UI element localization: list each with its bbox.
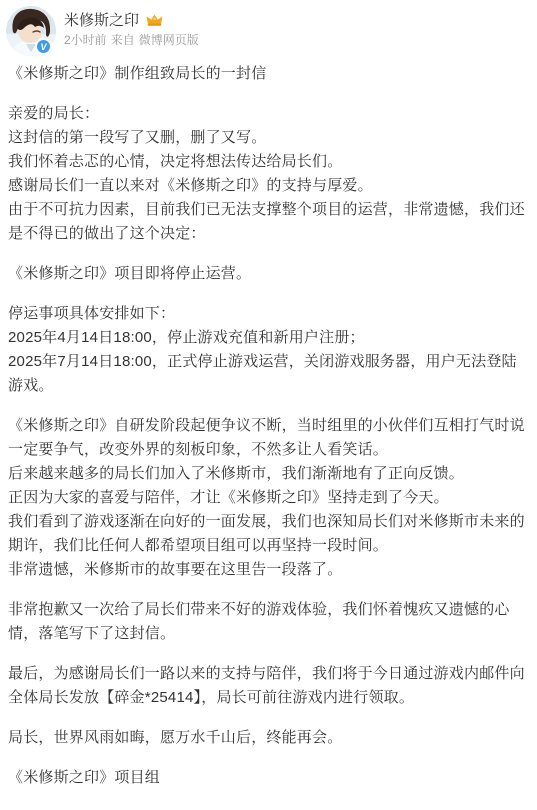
post-text-line	[8, 286, 530, 302]
post-text-line: 亲爱的局长：	[8, 102, 530, 126]
verified-badge-icon[interactable]: V	[35, 38, 52, 55]
post-text-line: 2025年4月14日18:00，停止游戏充值和新用户注册；	[8, 326, 530, 350]
post-text-line: 非常抱歉又一次给了局长们带来不好的游戏体验，我们怀着愧疚又遗憾的心情，落笔写下了…	[8, 598, 530, 646]
post-text-line: 由于不可抗力因素，目前我们已无法支撑整个项目的运营，非常遗憾，我们还是不得已的做…	[8, 198, 530, 246]
post-meta: 2小时前来自微博网页版	[64, 31, 203, 48]
post-text-line: 局长，世界风雨如晦，愿万水千山后，终能再会。	[8, 726, 530, 750]
post-text-line: 最后，为感谢局长们一路以来的支持与陪伴，我们将于今日通过游戏内邮件向全体局长发放…	[8, 662, 530, 710]
post-text-line: 这封信的第一段写了又删，删了又写。	[8, 126, 530, 150]
user-row: 米修斯之印	[64, 9, 164, 30]
post-text-line: 《米修斯之印》项目即将停止运营。	[8, 262, 530, 286]
post-text-line: 《米修斯之印》自研发阶段起便争议不断，当时组里的小伙伴们互相打气时说一定要争气，…	[8, 414, 530, 462]
post-content: 《米修斯之印》制作组致局长的一封信亲爱的局长：这封信的第一段写了又删，删了又写。…	[0, 56, 537, 790]
post-text-line: 2025年7月14日18:00，正式停止游戏运营，关闭游戏服务器，用户无法登陆游…	[8, 350, 530, 398]
post-header: V 米修斯之印 2小时前来自微博网页版	[0, 0, 537, 56]
post-text-line	[8, 86, 530, 102]
vip-crown-icon	[145, 12, 164, 28]
post-text-line: 非常遗憾，米修斯市的故事要在这里告一段落了。	[8, 558, 530, 582]
post-text-line: 我们怀着忐忑的心情，决定将想法传达给局长们。	[8, 150, 530, 174]
timestamp[interactable]: 2小时前	[64, 33, 107, 47]
source-link[interactable]: 微博网页版	[139, 33, 199, 47]
post-text-line: 感谢局长们一直以来对《米修斯之印》的支持与厚爱。	[8, 174, 530, 198]
post-text-line: 《米修斯之印》制作组致局长的一封信	[8, 62, 530, 86]
post-text-line: 后来越来越多的局长们加入了米修斯市，我们渐渐地有了正向反馈。	[8, 462, 530, 486]
post-text-line	[8, 710, 530, 726]
post-text-line: 《米修斯之印》项目组	[8, 766, 530, 790]
weibo-post-card: V 米修斯之印 2小时前来自微博网页版 《米修斯之印》制作组致局长的一封信亲爱的…	[0, 0, 537, 810]
username-link[interactable]: 米修斯之印	[64, 9, 139, 30]
post-text-line	[8, 646, 530, 662]
source-prefix: 来自	[111, 33, 135, 47]
post-text-line	[8, 246, 530, 262]
post-text-line	[8, 398, 530, 414]
post-text-line: 我们看到了游戏逐渐在向好的一面发展，我们也深知局长们对米修斯市未来的期许，我们比…	[8, 510, 530, 558]
post-text-line: 停运事项具体安排如下：	[8, 302, 530, 326]
post-text-line	[8, 750, 530, 766]
post-text-line: 正因为大家的喜爱与陪伴，才让《米修斯之印》坚持走到了今天。	[8, 486, 530, 510]
post-text-line	[8, 582, 530, 598]
